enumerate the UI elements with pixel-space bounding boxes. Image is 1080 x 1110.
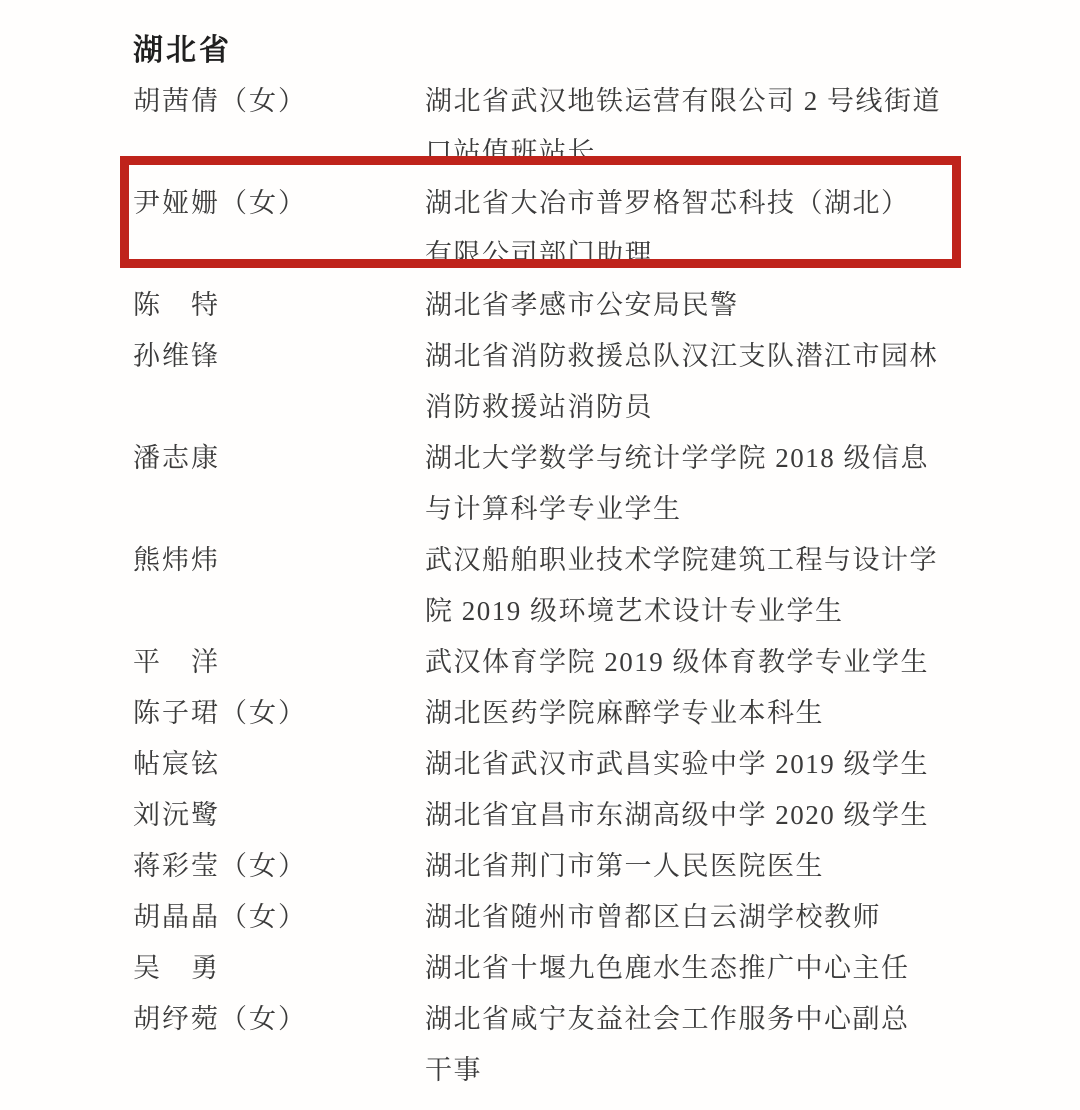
description-line: 湖北省武汉地铁运营有限公司 2 号线街道 xyxy=(425,76,955,127)
recipient-name: 潘志康 xyxy=(133,433,425,484)
description-line: 湖北省十堰九色鹿水生态推广中心主任 xyxy=(425,943,955,994)
recipient-description: 湖北省荆门市第一人民医院医生 xyxy=(425,841,955,892)
list-item: 平 洋 武汉体育学院 2019 级体育教学专业学生 xyxy=(133,637,1080,688)
description-line: 湖北省消防救援总队汉江支队潜江市园林 xyxy=(425,331,955,382)
description-line: 武汉船舶职业技术学院建筑工程与设计学 xyxy=(425,535,955,586)
description-line: 院 2019 级环境艺术设计专业学生 xyxy=(425,586,955,637)
section-title: 湖北省 xyxy=(0,0,1080,76)
list-item: 孙维锋 湖北省消防救援总队汉江支队潜江市园林消防救援站消防员 xyxy=(133,331,1080,433)
list-item: 胡晶晶（女） 湖北省随州市曾都区白云湖学校教师 xyxy=(133,892,1080,943)
recipient-description: 湖北省宜昌市东湖高级中学 2020 级学生 xyxy=(425,790,955,841)
recipient-description: 湖北省孝感市公安局民警 xyxy=(425,280,955,331)
recipient-name: 陈子珺（女） xyxy=(133,688,425,739)
recipient-name: 胡茜倩（女） xyxy=(133,76,425,127)
recipient-description: 武汉船舶职业技术学院建筑工程与设计学院 2019 级环境艺术设计专业学生 xyxy=(425,535,955,637)
recipient-description: 武汉体育学院 2019 级体育教学专业学生 xyxy=(425,637,955,688)
recipient-name: 吴 勇 xyxy=(133,943,425,994)
list-item: 蒋彩莹（女） 湖北省荆门市第一人民医院医生 xyxy=(133,841,1080,892)
description-line: 湖北省荆门市第一人民医院医生 xyxy=(425,841,955,892)
description-line: 湖北省大冶市普罗格智芯科技（湖北） xyxy=(425,178,955,229)
recipient-name: 胡纾菀（女） xyxy=(133,994,425,1045)
recipient-description: 湖北医药学院麻醉学专业本科生 xyxy=(425,688,955,739)
recipient-list: 胡茜倩（女） 湖北省武汉地铁运营有限公司 2 号线街道口站值班站长 尹娅姗（女）… xyxy=(0,76,1080,1096)
recipient-description: 湖北省咸宁友益社会工作服务中心副总干事 xyxy=(425,994,955,1096)
list-item: 陈子珺（女） 湖北医药学院麻醉学专业本科生 xyxy=(133,688,1080,739)
description-line: 有限公司部门助理 xyxy=(425,229,955,280)
recipient-name: 尹娅姗（女） xyxy=(133,178,425,229)
recipient-name: 陈 特 xyxy=(133,280,425,331)
document-page: 湖北省 胡茜倩（女） 湖北省武汉地铁运营有限公司 2 号线街道口站值班站长 尹娅… xyxy=(0,0,1080,1110)
list-item: 尹娅姗（女） 湖北省大冶市普罗格智芯科技（湖北）有限公司部门助理 xyxy=(133,178,1080,280)
list-item: 胡纾菀（女） 湖北省咸宁友益社会工作服务中心副总干事 xyxy=(133,994,1080,1096)
recipient-name: 平 洋 xyxy=(133,637,425,688)
description-line: 口站值班站长 xyxy=(425,127,955,178)
description-line: 干事 xyxy=(425,1045,955,1096)
description-line: 武汉体育学院 2019 级体育教学专业学生 xyxy=(425,637,955,688)
recipient-description: 湖北省大冶市普罗格智芯科技（湖北）有限公司部门助理 xyxy=(425,178,955,280)
recipient-description: 湖北省十堰九色鹿水生态推广中心主任 xyxy=(425,943,955,994)
description-line: 湖北省孝感市公安局民警 xyxy=(425,280,955,331)
list-item: 胡茜倩（女） 湖北省武汉地铁运营有限公司 2 号线街道口站值班站长 xyxy=(133,76,1080,178)
description-line: 湖北大学数学与统计学学院 2018 级信息 xyxy=(425,433,955,484)
list-item: 陈 特 湖北省孝感市公安局民警 xyxy=(133,280,1080,331)
list-item: 熊炜炜 武汉船舶职业技术学院建筑工程与设计学院 2019 级环境艺术设计专业学生 xyxy=(133,535,1080,637)
recipient-description: 湖北省武汉地铁运营有限公司 2 号线街道口站值班站长 xyxy=(425,76,955,178)
list-item: 吴 勇 湖北省十堰九色鹿水生态推广中心主任 xyxy=(133,943,1080,994)
description-line: 湖北省随州市曾都区白云湖学校教师 xyxy=(425,892,955,943)
description-line: 湖北省宜昌市东湖高级中学 2020 级学生 xyxy=(425,790,955,841)
description-line: 与计算科学专业学生 xyxy=(425,484,955,535)
recipient-description: 湖北省消防救援总队汉江支队潜江市园林消防救援站消防员 xyxy=(425,331,955,433)
recipient-name: 熊炜炜 xyxy=(133,535,425,586)
description-line: 湖北医药学院麻醉学专业本科生 xyxy=(425,688,955,739)
list-item: 帖宸铉 湖北省武汉市武昌实验中学 2019 级学生 xyxy=(133,739,1080,790)
recipient-name: 蒋彩莹（女） xyxy=(133,841,425,892)
recipient-description: 湖北大学数学与统计学学院 2018 级信息与计算科学专业学生 xyxy=(425,433,955,535)
recipient-name: 刘沅鹭 xyxy=(133,790,425,841)
description-line: 湖北省武汉市武昌实验中学 2019 级学生 xyxy=(425,739,955,790)
description-line: 消防救援站消防员 xyxy=(425,382,955,433)
recipient-name: 胡晶晶（女） xyxy=(133,892,425,943)
recipient-description: 湖北省武汉市武昌实验中学 2019 级学生 xyxy=(425,739,955,790)
description-line: 湖北省咸宁友益社会工作服务中心副总 xyxy=(425,994,955,1045)
recipient-description: 湖北省随州市曾都区白云湖学校教师 xyxy=(425,892,955,943)
list-item: 潘志康 湖北大学数学与统计学学院 2018 级信息与计算科学专业学生 xyxy=(133,433,1080,535)
recipient-name: 孙维锋 xyxy=(133,331,425,382)
recipient-name: 帖宸铉 xyxy=(133,739,425,790)
list-item: 刘沅鹭 湖北省宜昌市东湖高级中学 2020 级学生 xyxy=(133,790,1080,841)
